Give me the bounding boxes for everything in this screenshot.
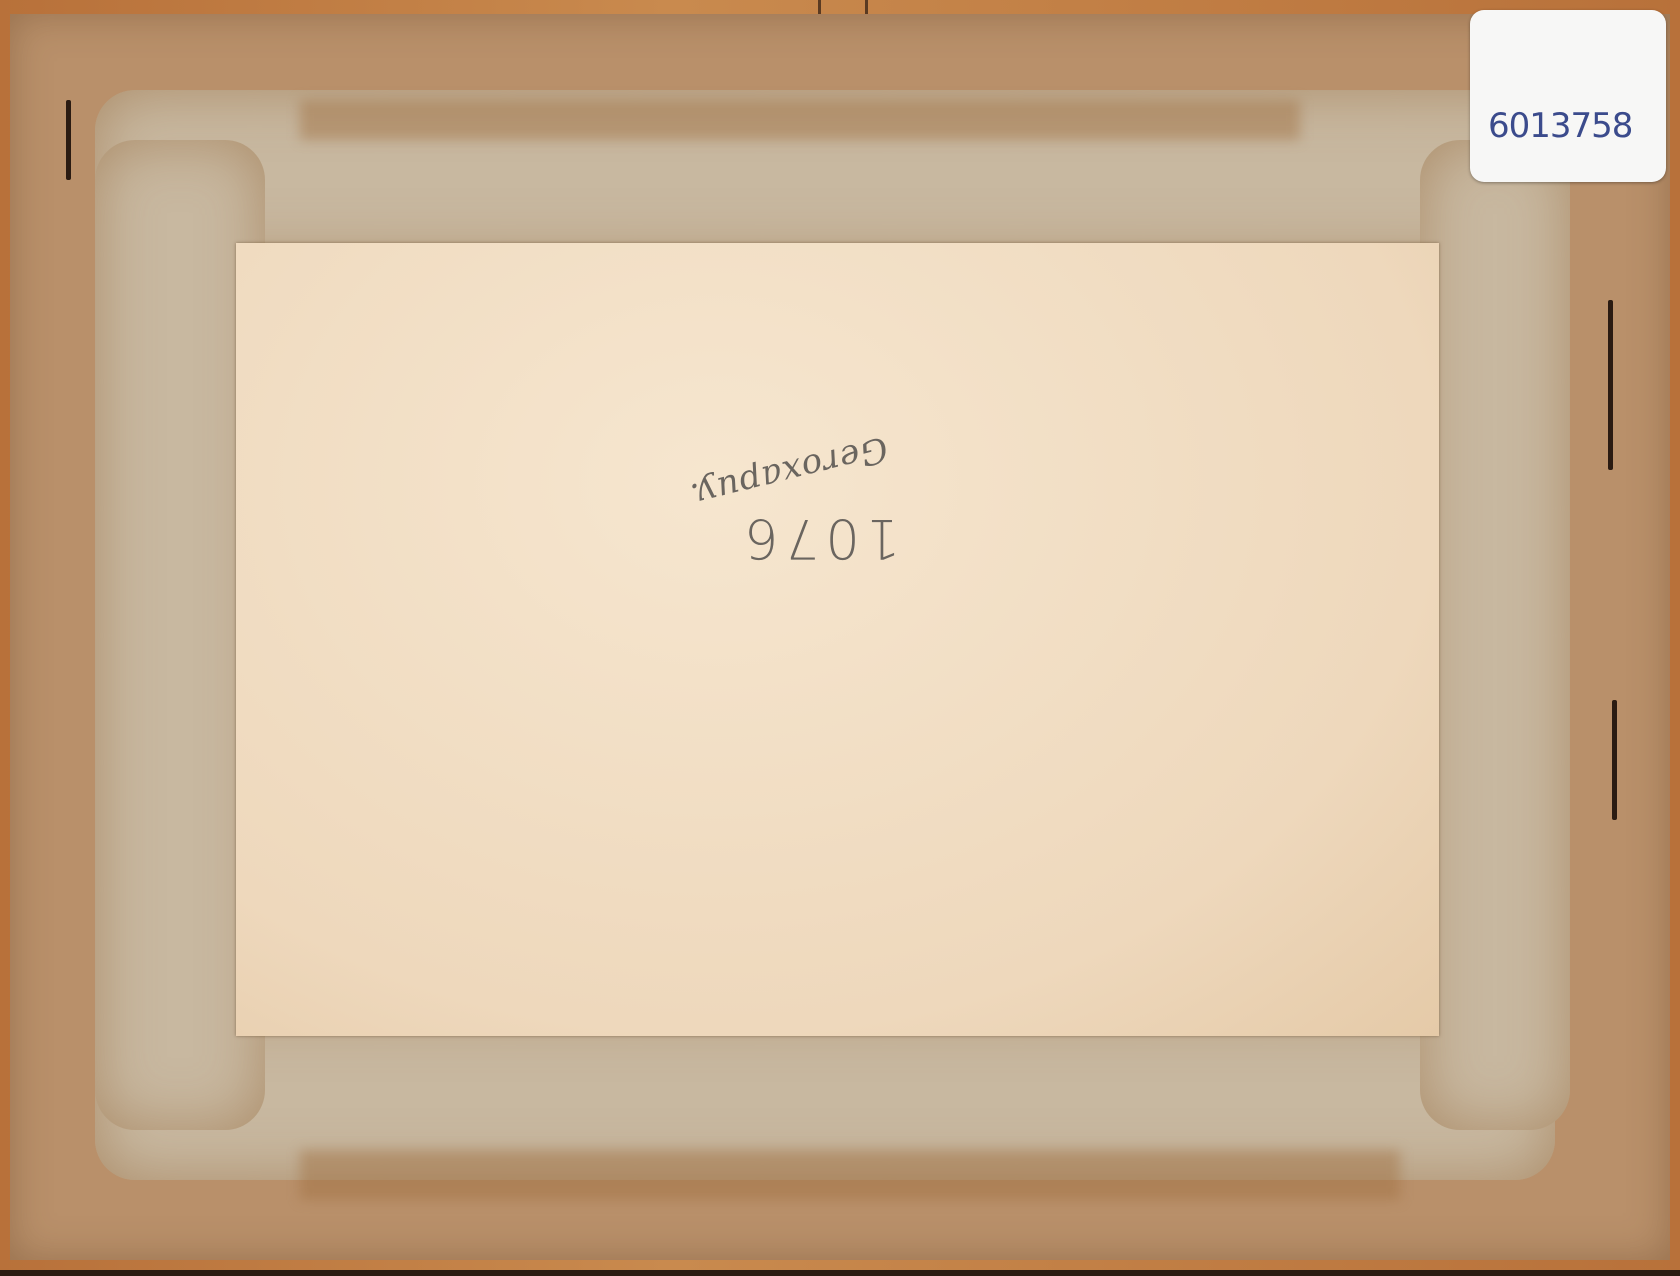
inscription-word: Geroxapuy. bbox=[686, 428, 892, 516]
water-stain bbox=[300, 100, 1300, 140]
inventory-label: 6013758 bbox=[1470, 10, 1666, 182]
inventory-code: 6013758 bbox=[1488, 106, 1632, 146]
pencil-inscription: Geroxapuy. 1076 bbox=[640, 440, 920, 580]
inscription-number: 1076 bbox=[739, 507, 900, 570]
water-stain bbox=[300, 1150, 1400, 1200]
tape-right bbox=[1420, 140, 1570, 1130]
board-tear bbox=[1608, 300, 1613, 470]
board-tear bbox=[66, 100, 71, 180]
picture-frame: Geroxapuy. 1076 6013758 bbox=[0, 0, 1680, 1270]
artwork-paper-back bbox=[236, 243, 1439, 1036]
board-tear bbox=[1612, 700, 1617, 820]
